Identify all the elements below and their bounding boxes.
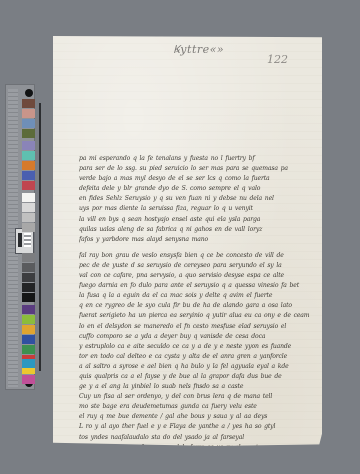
text-line: la fusa q la a eguin da el ca mac sois y… <box>79 291 317 301</box>
swatch-yellow-green <box>22 315 35 324</box>
page-heading: Ꝃ‍yttre«» <box>173 42 224 57</box>
swatch-gray-3 <box>22 223 35 232</box>
text-line: para ser de lo ssg. su pied seruicio lo … <box>79 164 317 174</box>
swatch-orange <box>22 161 35 170</box>
text-line: tor en todo cal delteo e ca cysta y alta… <box>79 352 317 362</box>
manuscript-page: Ꝃ‍yttre«» 122 pa mi esperando q la fe te… <box>53 36 322 446</box>
text-line: q en ce rygreo de le syo cula fir bu de … <box>79 301 317 311</box>
text-line: Farera voraz ara dadi Rey dof ce rulude … <box>79 463 317 473</box>
text-line: cuffo comporo se a yda a deyer buy q van… <box>79 332 317 342</box>
swatch-olive-green <box>22 129 35 138</box>
swatch-turquoise <box>22 151 35 160</box>
swatch-amber <box>22 325 35 334</box>
text-line: L ro y al ayo ther fuel e y e Flaya de y… <box>79 422 317 432</box>
swatch-gray-6 <box>22 273 35 282</box>
swatch-skin-pink <box>22 109 35 118</box>
text-line: la vill en bys q sean hostyajo ensel ast… <box>79 215 317 225</box>
registration-dot-top <box>25 89 33 97</box>
text-line: tos dugeide quo orofa p ypa y dels ferre… <box>79 443 317 453</box>
swatch-green <box>22 345 35 354</box>
swatch-magenta <box>22 375 35 384</box>
text-line: q ye loel bar los Siendes remo ayte q co… <box>79 453 317 463</box>
text-line: mo ste bage era deudemetumas gunda ca fu… <box>79 402 317 412</box>
swatch-black-2 <box>22 293 35 302</box>
folio-number: 122 <box>267 53 288 66</box>
swatch-blue <box>22 171 35 180</box>
text-line: a al saltro a syrose e ael bien q ha bul… <box>79 362 317 372</box>
text-line: el ruy q me bue demente / gal ahe bous y… <box>79 412 317 422</box>
text-line: y estruplolo ca e aite seculdo ce ca y a… <box>79 342 317 352</box>
text-line: Cuy un fisa al ser ordenyo, y del con br… <box>79 392 317 402</box>
text-line: val con ce cafare, pna servysio, a quo s… <box>79 271 317 281</box>
text-line: verde bajo a mas myl desyo de el se ser … <box>79 174 317 184</box>
text-line: defeita dele y blr grande dyo de S. como… <box>79 184 317 194</box>
text-line: fuerat serigieto ha un pierca ea seryini… <box>79 311 317 321</box>
swatch-gray-2 <box>22 213 35 222</box>
swatch-white <box>22 193 35 202</box>
text-line: tos yndes naafalaudalo sta do del ysado … <box>79 433 317 443</box>
swatch-gray-4 <box>22 253 35 262</box>
swatch-black-1 <box>22 283 35 292</box>
text-line: fafos y yarbdore mas alayd senysna mano <box>79 235 317 245</box>
paragraph-2: fal ray bon grau de veslo ensysfa bien q… <box>79 251 317 473</box>
text-line: uys por mas diente la seruissa fiza, reg… <box>79 204 317 214</box>
swatch-sky-blue <box>22 119 35 128</box>
text-line: pec de de yuste d sa seruysio de cereyse… <box>79 261 317 271</box>
swatch-dark-brown <box>22 99 35 108</box>
text-line: fuego darnia en fo dulo para ante el ser… <box>79 281 317 291</box>
handwritten-body: pa mi esperando q la fe tenalans y fuest… <box>79 154 317 473</box>
text-line: quis qualpris ca a el fayse y de bue al … <box>79 372 317 382</box>
swatch-lavender <box>22 141 35 150</box>
swatch-gray-5 <box>22 263 35 272</box>
text-line: en fides Sehlz Seruysio y q su ven fuan … <box>79 194 317 204</box>
chart-edge-rule <box>39 103 41 371</box>
swatch-cyan <box>22 359 35 368</box>
color-calibration-chart <box>5 84 35 390</box>
paragraph-1: pa mi esperando q la fe tenalans y fuest… <box>79 154 317 245</box>
swatch-purple <box>22 305 35 314</box>
text-line: quilas ualas aleng de sa fabrica q ni ga… <box>79 225 317 235</box>
text-line: lo en el delsydon se maneredo el fn cest… <box>79 322 317 332</box>
swatch-gray-1 <box>22 203 35 212</box>
swatch-red <box>22 181 35 190</box>
text-line: ge y a el ang la yinbiel lo suab nels fn… <box>79 382 317 392</box>
swatch-royal-blue <box>22 335 35 344</box>
text-line: fal ray bon grau de veslo ensysfa bien q… <box>79 251 317 261</box>
text-line: pa mi esperando q la fe tenalans y fuest… <box>79 154 317 164</box>
